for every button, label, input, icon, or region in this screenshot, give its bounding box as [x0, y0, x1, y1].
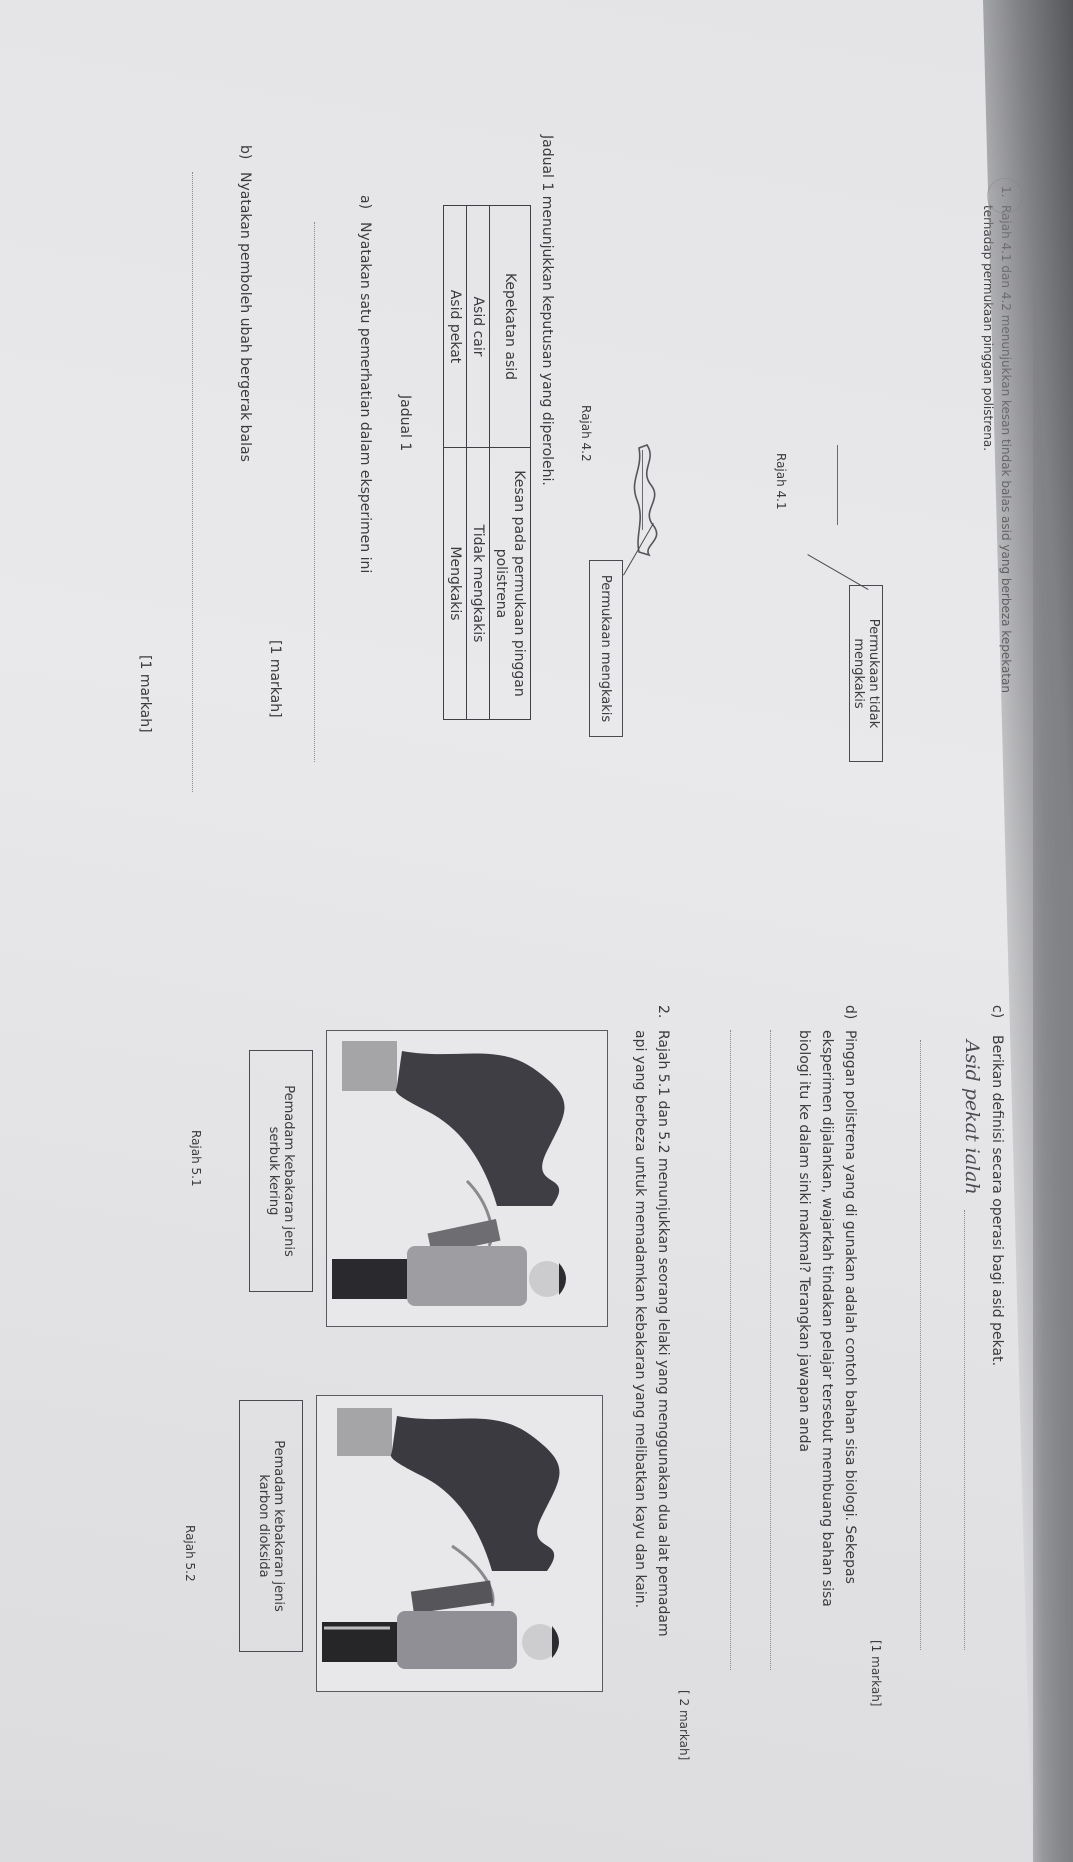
- qd-label: d): [842, 1005, 858, 1019]
- rotated-photo-stage: 1. Rajah 4.1 dan 4.2 menunjukkan kesan t…: [0, 0, 1073, 1862]
- answer-line-b[interactable]: [192, 172, 193, 792]
- qa-label: a): [357, 195, 373, 209]
- label-line2: karbon dioksida: [256, 1474, 271, 1577]
- figure-4-1-caption: Rajah 4.1: [774, 453, 788, 510]
- polystyrene-surface-line-smooth: [837, 445, 838, 525]
- qd-line2: eksperimen dijalankan, wajarkah tindakan…: [819, 1030, 835, 1607]
- figure-5-1-caption: Rajah 5.1: [189, 1130, 203, 1187]
- label-line2: serbuk kering: [266, 1127, 281, 1216]
- q2-line2: api yang berbeza untuk memadamkan kebaka…: [632, 1030, 648, 1608]
- worksheet-page: 1. Rajah 4.1 dan 4.2 menunjukkan kesan t…: [0, 0, 1033, 1862]
- qc-label: c): [989, 1005, 1005, 1018]
- q2-number: 2.: [655, 1005, 671, 1018]
- corroded-surface-icon: [631, 440, 661, 560]
- qb-text: Nyatakan pemboleh ubah bergerak balas: [237, 172, 253, 462]
- figure-5-2-image: [316, 1395, 603, 1692]
- label-corroded: Permukaan mengkakis: [599, 575, 614, 722]
- table-row: Asid pekat Mengkakis: [444, 206, 467, 720]
- figure-5-2-caption: Rajah 5.2: [183, 1525, 197, 1582]
- qb-marks: [1 markah]: [137, 655, 153, 733]
- qa-text: Nyatakan satu pemerhatian dalam eksperim…: [357, 222, 373, 573]
- qd-line1: Pinggan polistrena yang di gunakan adala…: [842, 1030, 858, 1584]
- q2-line1: Rajah 5.1 dan 5.2 menunjukkan seorang le…: [655, 1030, 671, 1637]
- figure-4-2-caption: Rajah 4.2: [579, 405, 593, 462]
- table-cell: Mengkakis: [444, 448, 467, 720]
- label-line1: Pemadam kebakaran jenis: [271, 1440, 286, 1611]
- qc-marks: [1 markah]: [869, 1640, 883, 1707]
- figure-5-1-image: [326, 1030, 608, 1327]
- header2-line2: polistrena: [492, 456, 510, 711]
- answer-line-d1[interactable]: [770, 1030, 771, 1670]
- table-cell: Asid pekat: [444, 206, 467, 448]
- table-header-cell: Kesan pada permukaan pinggan polistrena: [490, 448, 531, 720]
- table-header-cell: Kepekatan asid: [490, 206, 531, 448]
- man-using-dry-powder-extinguisher-icon: [327, 1031, 607, 1326]
- results-table: Kepekatan asid Kesan pada permukaan ping…: [443, 205, 531, 720]
- qc-text: Berikan definisi secara operasi bagi asi…: [989, 1035, 1005, 1366]
- header2-line1: Kesan pada permukaan pinggan: [510, 456, 528, 711]
- table-intro: Jadual 1 menunjukkan keputusan yang dipe…: [539, 135, 555, 486]
- label-box-dry-powder: Pemadam kebakaran jenis serbuk kering: [249, 1050, 313, 1292]
- qd-marks: [ 2 markah]: [677, 1690, 691, 1760]
- answer-line-a[interactable]: [314, 222, 315, 762]
- answer-line-d2[interactable]: [730, 1030, 731, 1670]
- table-row: Asid cair Tidak mengkakis: [467, 206, 490, 720]
- answer-line-c1[interactable]: [964, 1210, 965, 1650]
- qa-marks: [1 markah]: [267, 640, 283, 718]
- table-caption: Jadual 1: [397, 395, 413, 451]
- label-box-co2: Pemadam kebakaran jenis karbon dioksida: [239, 1400, 303, 1652]
- man-using-co2-extinguisher-icon: [317, 1396, 602, 1691]
- table-cell: Asid cair: [467, 206, 490, 448]
- table-cell: Tidak mengkakis: [467, 448, 490, 720]
- label-box-not-corroded: Permukaan tidak mengkakis: [849, 585, 883, 762]
- handwritten-answer: Asid pekat ialah: [961, 1040, 983, 1195]
- table-header-row: Kepekatan asid Kesan pada permukaan ping…: [490, 206, 531, 720]
- label-box-corroded: Permukaan mengkakis: [589, 560, 623, 737]
- label-not-corroded: Permukaan tidak mengkakis: [851, 586, 881, 761]
- qd-line3: biologi itu ke dalam sinki makmal? Teran…: [796, 1030, 812, 1452]
- qb-label: b): [237, 145, 253, 159]
- answer-line-c2[interactable]: [920, 1040, 921, 1650]
- label-line1: Pemadam kebakaran jenis: [281, 1085, 296, 1256]
